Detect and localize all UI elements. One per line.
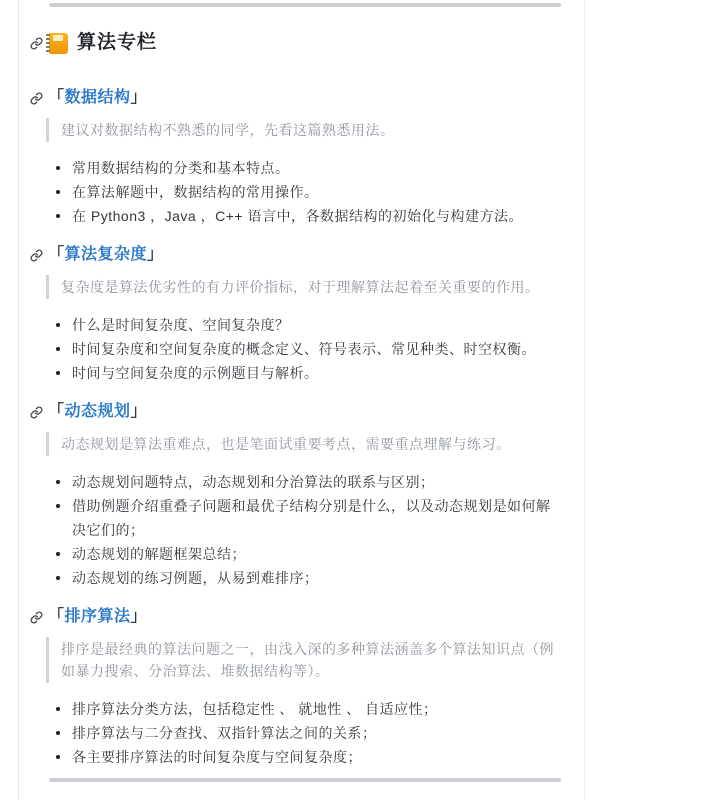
bullet-text: 在 Python3 ，Java ，C++ 语言中，各数据结构的初始化与构建方法。 [72, 208, 523, 224]
bullet-text: 时间与空间复杂度的示例题目与解析。 [72, 365, 319, 381]
anchor-link-icon[interactable] [30, 92, 43, 105]
section-bullet-list: 排序算法分类方法，包括稳定性 、 就地性 、 自适应性；排序算法与二分查找、双指… [30, 697, 560, 769]
bullet-text: 各主要排序算法的时间复杂度与空间复杂度； [72, 749, 362, 765]
section-heading-link[interactable]: 算法复杂度 [65, 246, 148, 263]
doc-section: 「数据结构」 建议对数据结构不熟悉的同学，先看这篇熟悉用法。 常用数据结构的分类… [30, 86, 560, 228]
section-heading-row: 「排序算法」 [30, 605, 560, 629]
heading-bracket-close: 」 [131, 403, 148, 420]
heading-bracket-close: 」 [131, 89, 148, 106]
ledger-notebook-emoji [49, 33, 68, 54]
bullet-item: 动态规划问题特点，动态规划和分治算法的联系与区别； [72, 470, 560, 494]
heading-bracket-open: 「 [48, 246, 65, 263]
section-heading-link[interactable]: 排序算法 [65, 608, 131, 625]
heading-bracket-open: 「 [48, 89, 65, 106]
section-heading-row: 「动态规划」 [30, 400, 560, 424]
anchor-link-icon[interactable] [30, 37, 43, 50]
anchor-link-icon[interactable] [30, 249, 43, 262]
bullet-item: 排序算法分类方法，包括稳定性 、 就地性 、 自适应性； [72, 697, 560, 721]
document-body: 算法专栏 「数据结构」 建议对数据结构不熟悉的同学，先看这篇熟悉用法。 常用数据… [30, 0, 560, 769]
section-bullet-list: 常用数据结构的分类和基本特点。在算法解题中，数据结构的常用操作。在 Python… [30, 156, 560, 228]
doc-section: 「算法复杂度」 复杂度是算法优劣性的有力评价指标，对于理解算法起着至关重要的作用… [30, 243, 560, 385]
sections: 「数据结构」 建议对数据结构不熟悉的同学，先看这篇熟悉用法。 常用数据结构的分类… [30, 86, 560, 769]
doc-section: 「动态规划」 动态规划是算法重难点，也是笔面试重要考点，需要重点理解与练习。 动… [30, 400, 560, 590]
page-title-row: 算法专栏 [30, 30, 560, 56]
section-quote: 建议对数据结构不熟悉的同学，先看这篇熟悉用法。 [46, 118, 560, 142]
bullet-item: 动态规划的练习例题，从易到难排序； [72, 566, 560, 590]
bullet-item: 常用数据结构的分类和基本特点。 [72, 156, 560, 180]
bullet-text: 常用数据结构的分类和基本特点。 [72, 160, 290, 176]
bullet-item: 动态规划的解题框架总结； [72, 542, 560, 566]
section-heading: 「算法复杂度」 [48, 243, 164, 267]
anchor-link-icon[interactable] [30, 406, 43, 419]
anchor-link-icon[interactable] [30, 611, 43, 624]
section-quote: 排序是最经典的算法问题之一，由浅入深的多种算法涵盖多个算法知识点（例如暴力搜索、… [46, 637, 560, 683]
bullet-item: 在 Python3 ，Java ，C++ 语言中，各数据结构的初始化与构建方法。 [72, 204, 560, 228]
section-quote: 动态规划是算法重难点，也是笔面试重要考点，需要重点理解与练习。 [46, 432, 560, 456]
heading-bracket-open: 「 [48, 403, 65, 420]
section-heading: 「数据结构」 [48, 86, 147, 110]
bullet-item: 时间与空间复杂度的示例题目与解析。 [72, 361, 560, 385]
bullet-text: 借助例题介绍重叠子问题和最优子结构分别是什么，以及动态规划是如何解决它们的； [72, 498, 551, 538]
bullet-item: 时间复杂度和空间复杂度的概念定义、符号表示、常见种类、时空权衡。 [72, 337, 560, 361]
section-heading: 「排序算法」 [48, 605, 147, 629]
section-heading: 「动态规划」 [48, 400, 147, 424]
bullet-text: 什么是时间复杂度、空间复杂度？ [72, 317, 290, 333]
page-title: 算法专栏 [77, 30, 157, 56]
bottom-divider [49, 778, 561, 782]
bullet-text: 动态规划的解题框架总结； [72, 546, 246, 562]
bullet-text: 时间复杂度和空间复杂度的概念定义、符号表示、常见种类、时空权衡。 [72, 341, 536, 357]
bullet-text: 在算法解题中，数据结构的常用操作。 [72, 184, 319, 200]
section-quote: 复杂度是算法优劣性的有力评价指标，对于理解算法起着至关重要的作用。 [46, 275, 560, 299]
doc-section: 「排序算法」 排序是最经典的算法问题之一，由浅入深的多种算法涵盖多个算法知识点（… [30, 605, 560, 769]
bullet-text: 排序算法与二分查找、双指针算法之间的关系； [72, 725, 377, 741]
bullet-text: 动态规划问题特点，动态规划和分治算法的联系与区别； [72, 474, 435, 490]
section-heading-row: 「算法复杂度」 [30, 243, 560, 267]
bullet-text: 动态规划的练习例题，从易到难排序； [72, 570, 319, 586]
section-heading-link[interactable]: 动态规划 [65, 403, 131, 420]
bullet-item: 什么是时间复杂度、空间复杂度？ [72, 313, 560, 337]
heading-bracket-close: 」 [147, 246, 164, 263]
left-gutter-line [18, 0, 19, 800]
bullet-item: 借助例题介绍重叠子问题和最优子结构分别是什么，以及动态规划是如何解决它们的； [72, 494, 560, 542]
section-bullet-list: 动态规划问题特点，动态规划和分治算法的联系与区别；借助例题介绍重叠子问题和最优子… [30, 470, 560, 590]
section-bullet-list: 什么是时间复杂度、空间复杂度？时间复杂度和空间复杂度的概念定义、符号表示、常见种… [30, 313, 560, 385]
bullet-item: 各主要排序算法的时间复杂度与空间复杂度； [72, 745, 560, 769]
section-heading-row: 「数据结构」 [30, 86, 560, 110]
bullet-item: 在算法解题中，数据结构的常用操作。 [72, 180, 560, 204]
bullet-text: 排序算法分类方法，包括稳定性 、 就地性 、 自适应性； [72, 701, 438, 717]
bullet-item: 排序算法与二分查找、双指针算法之间的关系； [72, 721, 560, 745]
right-gutter-line [584, 0, 585, 800]
heading-bracket-open: 「 [48, 608, 65, 625]
section-heading-link[interactable]: 数据结构 [65, 89, 131, 106]
heading-bracket-close: 」 [131, 608, 148, 625]
